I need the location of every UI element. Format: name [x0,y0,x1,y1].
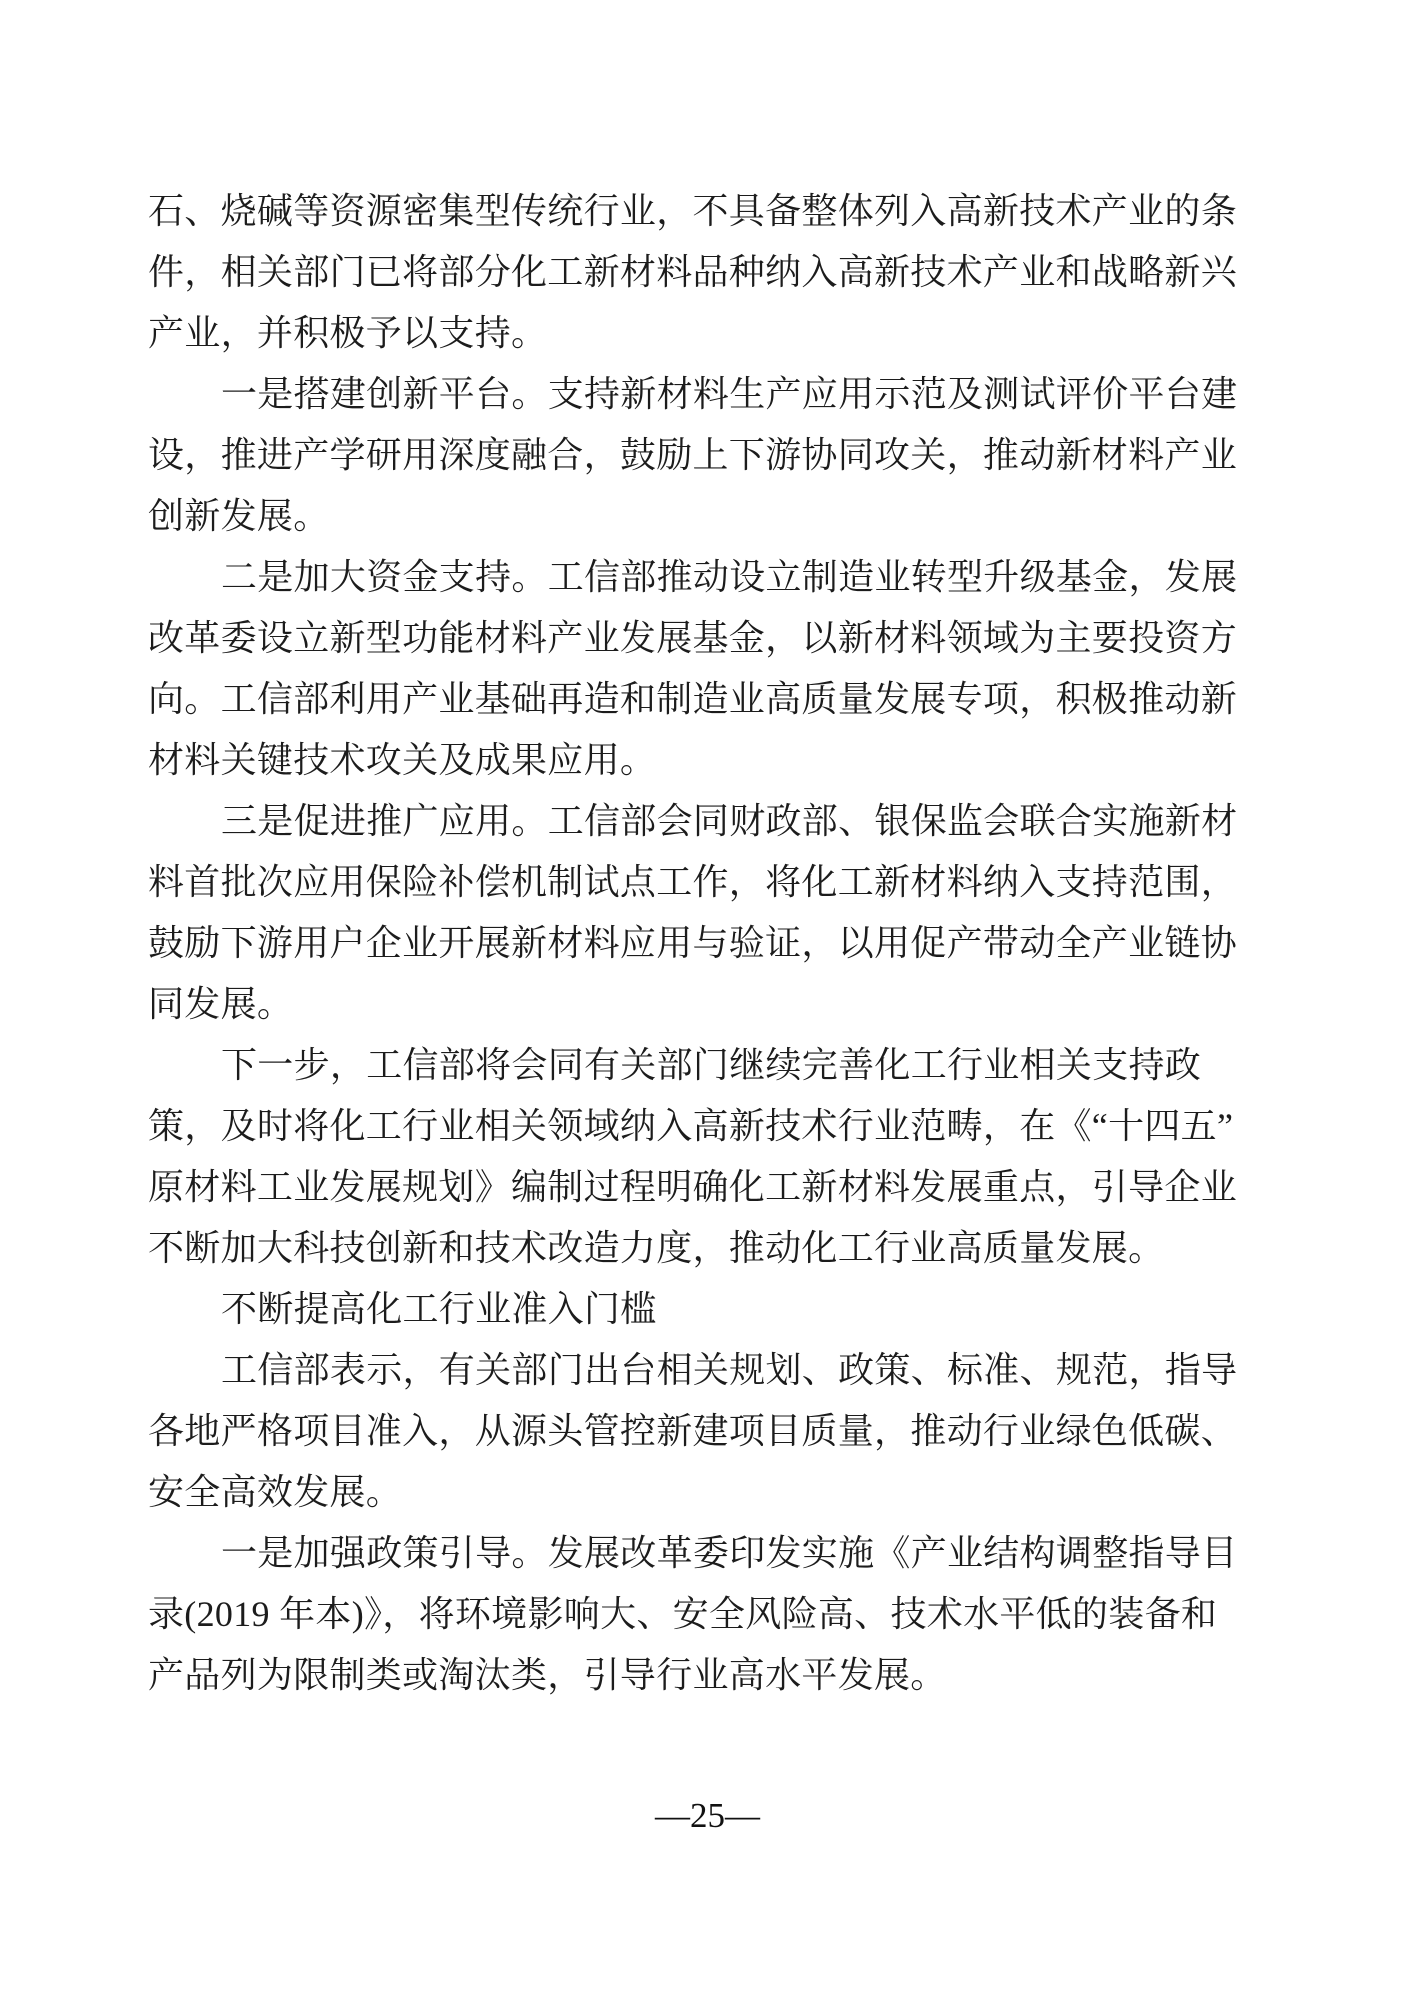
document-page: 石、烧碱等资源密集型传统行业，不具备整体列入高新技术产业的条件，相关部门已将部分… [0,0,1415,2000]
text-line: 改革委设立新型功能材料产业发展基金，以新材料领域为主要投资方 [148,608,1168,669]
text-line: 二是加大资金支持。工信部推动设立制造业转型升级基金，发展 [148,547,1168,608]
text-line: 不断加大科技创新和技术改造力度，推动化工行业高质量发展。 [148,1218,1168,1279]
text-line: 录(2019 年本)》，将环境影响大、安全风险高、技术水平低的装备和 [148,1584,1168,1645]
text-line: 鼓励下游用户企业开展新材料应用与验证，以用促产带动全产业链协 [148,913,1168,974]
text-line: 工信部表示，有关部门出台相关规划、政策、标准、规范，指导 [148,1340,1168,1401]
text-line: 材料关键技术攻关及成果应用。 [148,730,1168,791]
text-line: 产品列为限制类或淘汰类，引导行业高水平发展。 [148,1645,1168,1706]
text-line: 一是搭建创新平台。支持新材料生产应用示范及测试评价平台建 [148,364,1168,425]
text-line: 同发展。 [148,974,1168,1035]
text-line: 一是加强政策引导。发展改革委印发实施《产业结构调整指导目 [148,1523,1168,1584]
text-line: 件，相关部门已将部分化工新材料品种纳入高新技术产业和战略新兴 [148,242,1168,303]
text-line: 设，推进产学研用深度融合，鼓励上下游协同攻关，推动新材料产业 [148,425,1168,486]
text-line: 下一步，工信部将会同有关部门继续完善化工行业相关支持政 [148,1035,1168,1096]
text-line: 策，及时将化工行业相关领域纳入高新技术行业范畴，在《“十四五” [148,1096,1168,1157]
text-line: 石、烧碱等资源密集型传统行业，不具备整体列入高新技术产业的条 [148,181,1168,242]
text-line: 原材料工业发展规划》编制过程明确化工新材料发展重点，引导企业 [148,1157,1168,1218]
page-number: —25— [0,1793,1415,1838]
document-body: 石、烧碱等资源密集型传统行业，不具备整体列入高新技术产业的条件，相关部门已将部分… [148,181,1168,1706]
text-line: 各地严格项目准入，从源头管控新建项目质量，推动行业绿色低碳、 [148,1401,1168,1462]
text-line: 创新发展。 [148,486,1168,547]
text-line: 安全高效发展。 [148,1462,1168,1523]
text-line: 三是促进推广应用。工信部会同财政部、银保监会联合实施新材 [148,791,1168,852]
text-line: 料首批次应用保险补偿机制试点工作，将化工新材料纳入支持范围， [148,852,1168,913]
text-line: 向。工信部利用产业基础再造和制造业高质量发展专项，积极推动新 [148,669,1168,730]
text-line: 产业，并积极予以支持。 [148,303,1168,364]
text-line: 不断提高化工行业准入门槛 [148,1279,1168,1340]
